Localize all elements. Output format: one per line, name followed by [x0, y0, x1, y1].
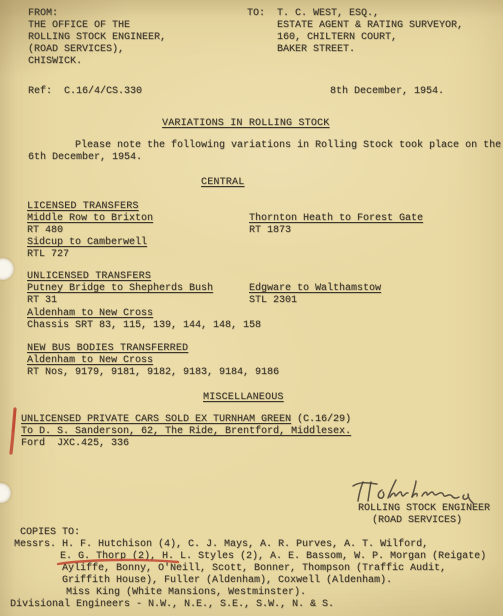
intro-line: 6th December, 1954. — [28, 152, 142, 164]
route-aldenham-to-new-cross-bodies: Aldenham to New Cross — [27, 355, 153, 367]
misc-sold-stock: Ford JXC.425, 336 — [21, 438, 129, 450]
stock-rt-31: RT 31 — [27, 295, 57, 307]
date-line: 8th December, 1954. — [330, 86, 444, 98]
misc-sold-ref: (C.16/29) — [291, 414, 351, 425]
to-line: T. C. WEST, ESQ., — [277, 8, 379, 20]
from-line: CHISWICK. — [28, 56, 82, 68]
to-line: ESTATE AGENT & RATING SURVEYOR, — [277, 20, 463, 32]
stock-rtl-727: RTL 727 — [27, 249, 69, 261]
from-line: ROLLING STOCK ENGINEER, — [28, 32, 166, 44]
heading-unlicensed-transfers: UNLICENSED TRANSFERS — [27, 271, 151, 283]
stock-rt-1873: RT 1873 — [249, 225, 291, 237]
red-margin-mark — [7, 406, 21, 458]
copies-line-rest: H. L. Styles (2), A. E. Bassom, W. P. Mo… — [156, 551, 486, 562]
memo-document: FROM: THE OFFICE OF THE ROLLING STOCK EN… — [0, 0, 503, 616]
misc-sold-to: To D. S. Sanderson, 62, The Ride, Brentf… — [21, 426, 351, 438]
route-edgware-to-walthamstow: Edgware to Walthamstow — [249, 283, 381, 295]
punch-hole-bottom — [0, 483, 11, 503]
route-aldenham-to-new-cross: Aldenham to New Cross — [27, 308, 153, 320]
copies-line: Miss King (White Mansions, Westminster). — [66, 587, 306, 599]
punch-hole-top — [0, 258, 14, 280]
route-sidcup-to-camberwell: Sidcup to Camberwell — [27, 237, 147, 249]
to-line: 160, CHILTERN COURT, — [277, 32, 397, 44]
intro-line: Please note the following variations in … — [75, 140, 501, 152]
document-title: VARIATIONS IN ROLLING STOCK — [162, 118, 329, 130]
red-underline-thorp — [56, 557, 182, 567]
section-heading-central: CENTRAL — [201, 177, 244, 189]
misc-sold-heading-line: UNLICENSED PRIVATE CARS SOLD EX TURNHAM … — [21, 414, 351, 426]
from-line: THE OFFICE OF THE — [28, 20, 130, 32]
route-putney-bridge-to-shepherds-bush: Putney Bridge to Shepherds Bush — [27, 283, 213, 295]
stock-stl-2301: STL 2301 — [249, 295, 297, 307]
signatory-title: ROLLING STOCK ENGINEER — [358, 503, 490, 515]
copies-line: Griffith House), Fuller (Aldenham), Coxw… — [62, 575, 392, 587]
copies-line-divisional: Divisional Engineers - N.W., N.E., S.E.,… — [10, 599, 334, 611]
route-thornton-heath-to-forest-gate: Thornton Heath to Forest Gate — [249, 213, 423, 225]
signatory-dept: (ROAD SERVICES) — [372, 515, 462, 527]
stock-rt-480: RT 480 — [27, 225, 63, 237]
from-label: FROM: — [28, 8, 58, 20]
stock-chassis-srt-list: Chassis SRT 83, 115, 139, 144, 148, 158 — [27, 320, 261, 332]
ref-line: Ref: C.16/4/CS.330 — [28, 86, 142, 98]
route-middle-row-to-brixton: Middle Row to Brixton — [27, 213, 153, 225]
from-line: (ROAD SERVICES), — [28, 44, 124, 56]
section-heading-miscellaneous: MISCELLANEOUS — [203, 392, 284, 404]
misc-sold-heading: UNLICENSED PRIVATE CARS SOLD EX TURNHAM … — [21, 414, 291, 425]
to-label: TO: — [247, 8, 265, 20]
stock-rt-body-numbers: RT Nos, 9179, 9181, 9182, 9183, 9184, 91… — [27, 367, 279, 379]
copies-line: Messrs. H. F. Hutchison (4), C. J. Mays,… — [14, 539, 428, 551]
heading-new-bus-bodies: NEW BUS BODIES TRANSFERRED — [27, 343, 188, 355]
to-line: BAKER STREET. — [277, 44, 355, 56]
copies-to-label: COPIES TO: — [20, 527, 80, 539]
heading-licensed-transfers: LICENSED TRANSFERS — [27, 201, 139, 213]
